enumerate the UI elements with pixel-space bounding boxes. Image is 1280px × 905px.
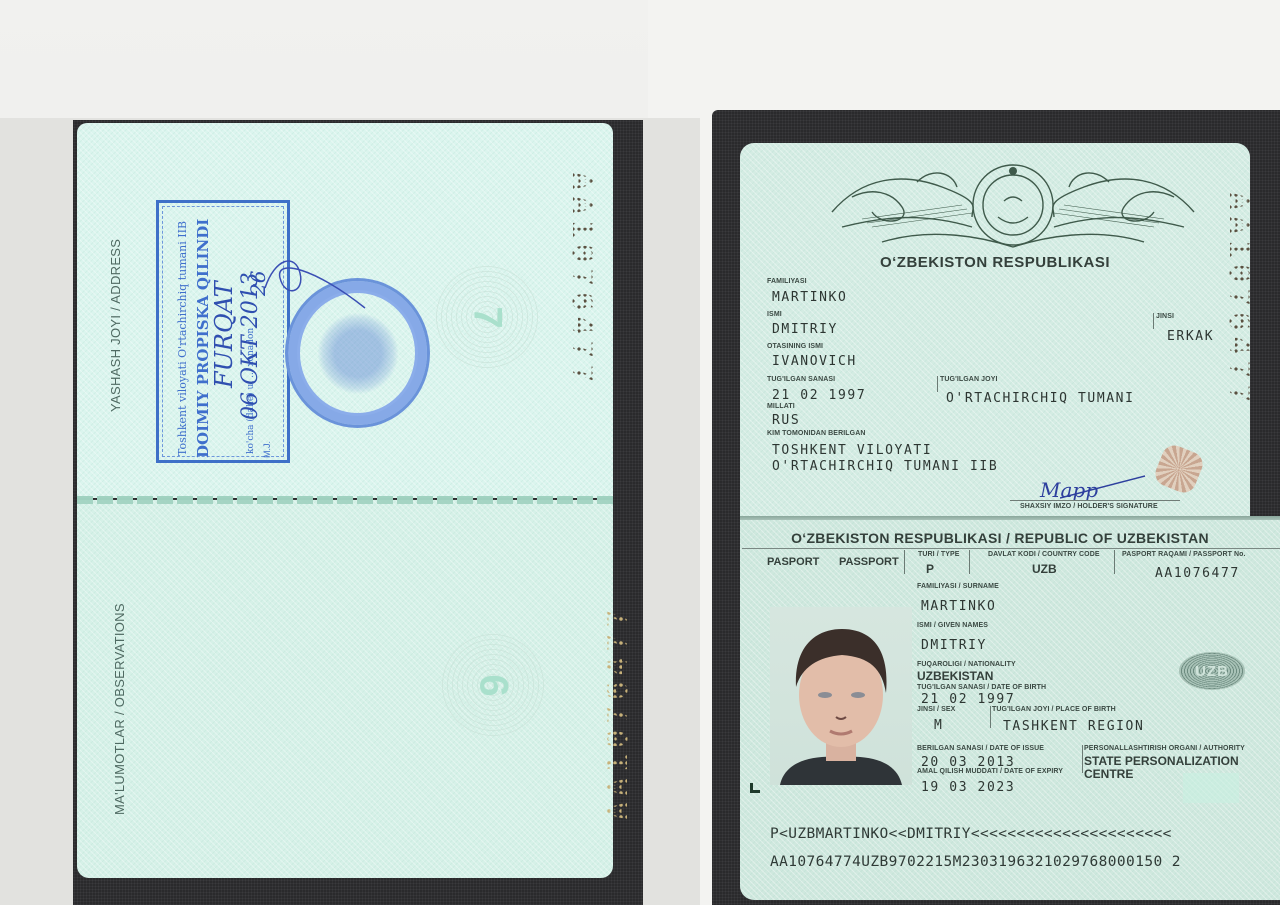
country-separator xyxy=(969,550,970,574)
authority-line1: STATE PERSONALIZATION xyxy=(1084,754,1239,768)
surname-value: MARTINKO xyxy=(772,290,847,305)
doc-word-en: PASSPORT xyxy=(839,556,899,568)
issued-by-line2: O'RTACHIRCHIQ TUMANI IIB xyxy=(772,459,998,474)
stamp-mj: M.J. xyxy=(262,441,272,458)
number-separator xyxy=(1114,550,1115,574)
issued-by-label: KIM TOMONIDAN BERILGAN xyxy=(767,430,866,437)
patronymic-value: IVANOVICH xyxy=(772,354,857,369)
serial-perforation-top: AA1076477 xyxy=(565,172,600,389)
issued-by-line1: TOSHKENT VILOYATI xyxy=(772,443,932,458)
sex-separator xyxy=(1153,313,1154,329)
passport-number-label: PASPORT RAQAMI / PASSPORT No. xyxy=(1122,551,1246,558)
title-divider xyxy=(742,548,1280,549)
personal-page-title: O‘ZBEKISTON RESPUBLIKASI xyxy=(740,254,1250,271)
data-dob-value: 21 02 1997 xyxy=(921,692,1015,707)
country-value: UZB xyxy=(1032,562,1057,576)
data-surname-label: FAMILIYASI / SURNAME xyxy=(917,583,999,590)
uzb-security-oval: UZB xyxy=(1179,652,1245,690)
signature-label: SHAXSIY IMZO / HOLDER'S SIGNATURE xyxy=(1020,503,1158,510)
data-sex-value: M xyxy=(934,718,943,733)
serial-perforation-bottom: AA1076477 xyxy=(600,603,635,820)
authority-line2: CENTRE xyxy=(1084,767,1133,781)
data-surname-value: MARTINKO xyxy=(921,599,996,614)
holder-photo xyxy=(770,607,912,785)
doc-word-uz: PASPORT xyxy=(767,556,819,568)
page-number-watermark: 7 xyxy=(432,262,542,372)
surname-label: FAMILIYASI xyxy=(767,278,807,285)
patronymic-label: OTASINING ISMI xyxy=(767,343,823,350)
signature-line xyxy=(1010,500,1180,501)
signature-flourish xyxy=(1060,472,1150,502)
ethnicity-value: RUS xyxy=(772,413,800,428)
expiry-date-value: 19 03 2023 xyxy=(921,780,1015,795)
nationality-label: FUQAROLIGI / NATIONALITY xyxy=(917,661,1016,668)
biodata-title: O‘ZBEKISTON RESPUBLIKASI / REPUBLIC OF U… xyxy=(740,530,1260,546)
given-names-value: DMITRIY xyxy=(921,638,987,653)
given-names-label: ISMI / GIVEN NAMES xyxy=(917,622,988,629)
photo-corner-mark xyxy=(750,783,760,793)
dob-value: 21 02 1997 xyxy=(772,388,866,403)
mrz-line-2: AA10764774UZB9702215M2303196321029768000… xyxy=(770,854,1181,870)
country-label: DAVLAT KODI / COUNTRY CODE xyxy=(988,551,1100,558)
data-dob-label: TUG'ILGAN SANASI / DATE OF BIRTH xyxy=(917,684,1046,691)
pob-value: O'RTACHIRCHIQ TUMANI xyxy=(946,391,1135,406)
nationality-value: UZBEKISTAN xyxy=(917,669,993,683)
state-emblem-icon xyxy=(822,157,1204,252)
page-fold-stitching-2 xyxy=(77,496,613,504)
mrz-line-1: P<UZBMARTINKO<<DMITRIY<<<<<<<<<<<<<<<<<<… xyxy=(770,826,1172,842)
authority-divider xyxy=(1082,745,1083,773)
authority-label: PERSONALLASHTIRISH ORGANI / AUTHORITY xyxy=(1084,745,1245,752)
data-pob-value: TASHKENT REGION xyxy=(1003,719,1144,734)
handwritten-signature-stroke xyxy=(255,248,375,318)
passport-number-value: AA1076477 xyxy=(1155,566,1240,581)
pob-label: TUG'ILGAN JOYI xyxy=(940,376,998,383)
hologram-patch xyxy=(1183,773,1239,803)
portrait-icon xyxy=(770,607,912,785)
issue-date-label: BERILGAN SANASI / DATE OF ISSUE xyxy=(917,745,1044,752)
data-pob-label: TUG'ILGAN JOYI / PLACE OF BIRTH xyxy=(992,706,1116,713)
type-separator xyxy=(904,550,905,574)
expiry-date-label: AMAL QILISH MUDDATI / DATE OF EXPIRY xyxy=(917,768,1063,775)
sex-label: JINSI xyxy=(1156,313,1174,320)
name-value: DMITRIY xyxy=(772,322,838,337)
pob-separator xyxy=(937,376,938,392)
ethnicity-label: MILLATI xyxy=(767,403,795,410)
address-section-label: YASHASH JOYI / ADDRESS xyxy=(108,239,123,412)
data-sex-label: JINSI / SEX xyxy=(917,706,955,713)
serial-perforation-right: AA1076477 xyxy=(1222,192,1257,409)
page-number-watermark-6: 6 xyxy=(438,630,548,740)
type-label: TURI / TYPE xyxy=(918,551,960,558)
handwritten-street: FURQAT xyxy=(210,281,238,388)
sex-value: ERKAK xyxy=(1167,329,1214,344)
pob-divider xyxy=(990,706,991,728)
stamp-issuer-line: Toshkent viloyati O'rtachirchiq tumani I… xyxy=(176,221,189,456)
name-label: ISMI xyxy=(767,311,782,318)
type-value: P xyxy=(926,562,934,576)
dob-label: TUG'ILGAN SANASI xyxy=(767,376,835,383)
observations-section-label: MA'LUMOTLAR / OBSERVATIONS xyxy=(112,603,127,815)
